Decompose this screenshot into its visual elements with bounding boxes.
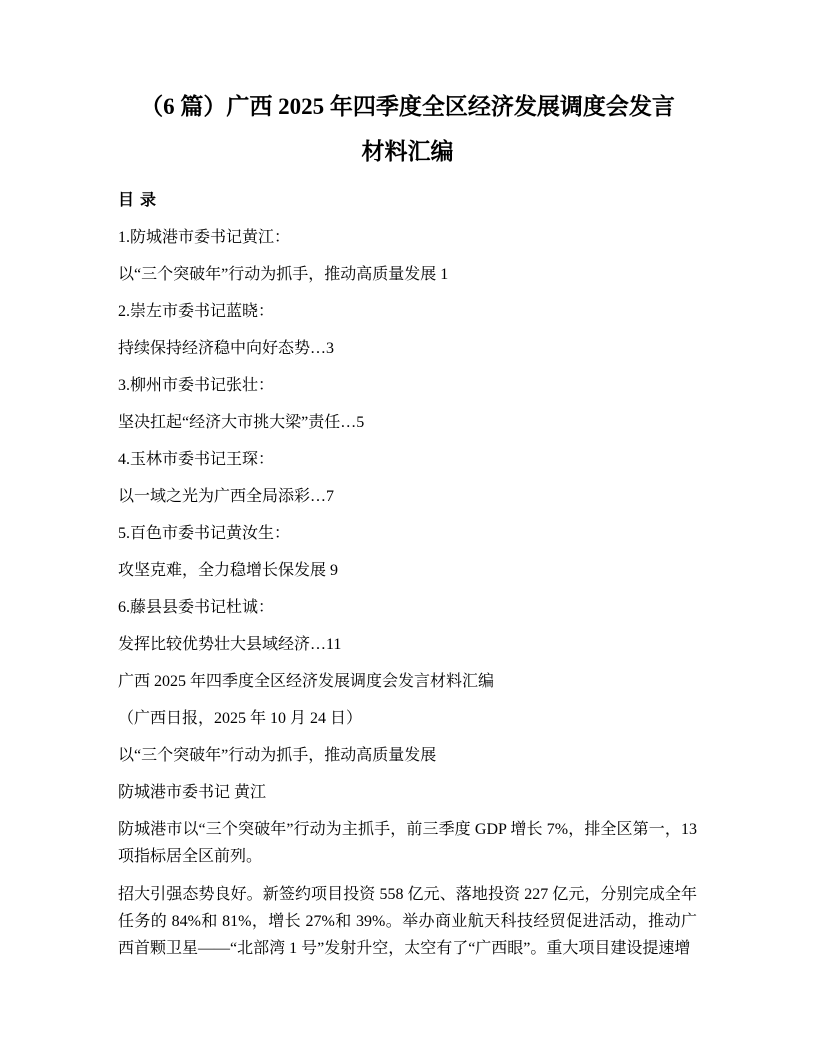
body-line: 以“三个突破年”行动为抓手，推动高质量发展 bbox=[118, 742, 697, 769]
body-paragraph: 招大引强态势良好。新签约项目投资 558 亿元、落地投资 227 亿元，分别完成… bbox=[118, 881, 697, 962]
toc-heading: 目 录 bbox=[118, 187, 697, 214]
toc-line: 发挥比较优势壮大县域经济…11 bbox=[118, 631, 697, 658]
body-paragraph: 防城港市以“三个突破年”行动为主抓手，前三季度 GDP 增长 7%，排全区第一，… bbox=[118, 816, 697, 870]
toc-line: 5.百色市委书记黄汝生： bbox=[118, 520, 697, 547]
body-line: 防城港市委书记 黄江 bbox=[118, 779, 697, 806]
toc-line: 持续保持经济稳中向好态势…3 bbox=[118, 335, 697, 362]
body-line: （广西日报，2025 年 10 月 24 日） bbox=[118, 705, 697, 732]
doc-title: （6 篇）广西 2025 年四季度全区经济发展调度会发言 材料汇编 bbox=[118, 84, 697, 174]
toc-line: 6.藤县县委书记杜诚： bbox=[118, 594, 697, 621]
toc-line: 以“三个突破年”行动为抓手，推动高质量发展 1 bbox=[118, 261, 697, 288]
document-page: （6 篇）广西 2025 年四季度全区经济发展调度会发言 材料汇编 目 录 1.… bbox=[0, 0, 816, 1056]
toc-line: 以一域之光为广西全局添彩…7 bbox=[118, 483, 697, 510]
doc-title-line-1: （6 篇）广西 2025 年四季度全区经济发展调度会发言 bbox=[140, 94, 675, 119]
toc-line: 3.柳州市委书记张壮： bbox=[118, 372, 697, 399]
doc-title-line-2: 材料汇编 bbox=[362, 139, 454, 164]
toc-line: 2.崇左市委书记蓝晓： bbox=[118, 298, 697, 325]
toc-line: 1.防城港市委书记黄江： bbox=[118, 224, 697, 251]
body-line: 广西 2025 年四季度全区经济发展调度会发言材料汇编 bbox=[118, 668, 697, 695]
toc-line: 坚决扛起“经济大市挑大梁”责任…5 bbox=[118, 409, 697, 436]
toc-line: 攻坚克难，全力稳增长保发展 9 bbox=[118, 557, 697, 584]
toc-line: 4.玉林市委书记王琛： bbox=[118, 446, 697, 473]
